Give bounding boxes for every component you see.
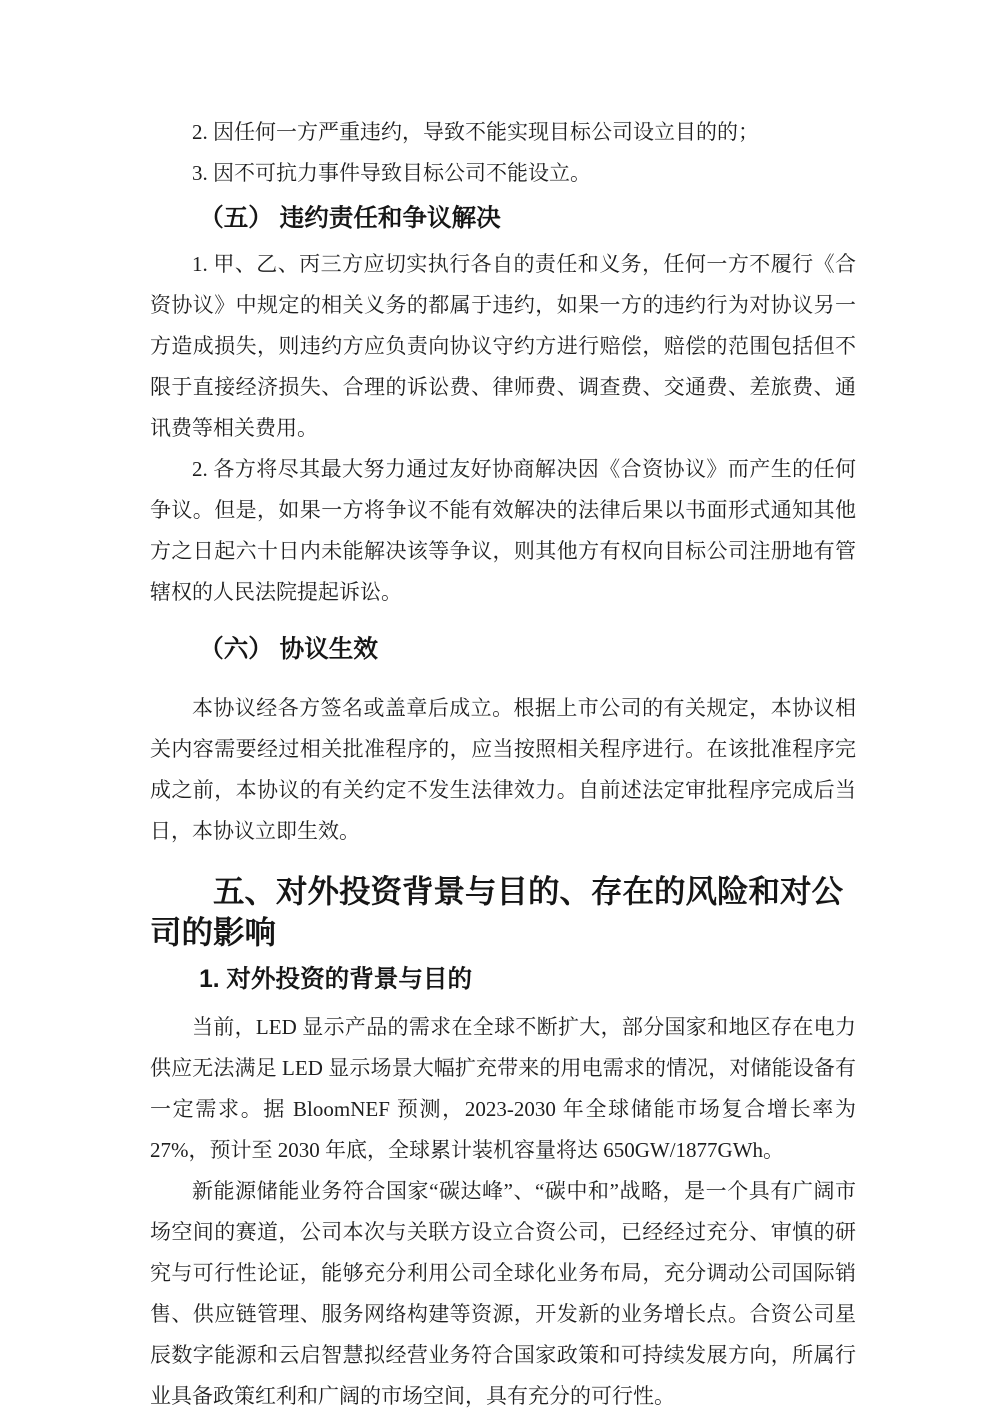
termination-clause-item-3: 3. 因不可抗力事件导致目标公司不能设立。 <box>150 153 856 194</box>
paragraph-breach-liability-1: 1. 甲、乙、丙三方应切实执行各自的责任和义务，任何一方不履行《合资协议》中规定… <box>150 244 856 449</box>
document-page: 2. 因任何一方严重违约，导致不能实现目标公司设立目的的； 3. 因不可抗力事件… <box>0 0 1000 1414</box>
paragraph-market-demand-forecast: 当前，LED 显示产品的需求在全球不断扩大，部分国家和地区存在电力供应无法满足 … <box>150 1007 856 1171</box>
chapter-heading-5-investment-background: 五、对外投资背景与目的、存在的风险和对公司的影响 <box>150 871 856 953</box>
subsection-heading-1-background-purpose: 1. 对外投资的背景与目的 <box>150 959 856 1000</box>
termination-clause-item-2: 2. 因任何一方严重违约，导致不能实现目标公司设立目的的； <box>150 112 856 153</box>
paragraph-agreement-effectiveness: 本协议经各方签名或盖章后成立。根据上市公司的有关规定，本协议相关内容需要经过相关… <box>150 688 856 852</box>
section-heading-5-breach-liability: （五） 违约责任和争议解决 <box>150 198 856 239</box>
section-heading-6-agreement-effectiveness: （六） 协议生效 <box>150 629 856 670</box>
paragraph-dispute-resolution-2: 2. 各方将尽其最大努力通过友好协商解决因《合资协议》而产生的任何争议。但是，如… <box>150 449 856 613</box>
paragraph-strategy-feasibility: 新能源储能业务符合国家“碳达峰”、“碳中和”战略，是一个具有广阔市场空间的赛道，… <box>150 1171 856 1414</box>
